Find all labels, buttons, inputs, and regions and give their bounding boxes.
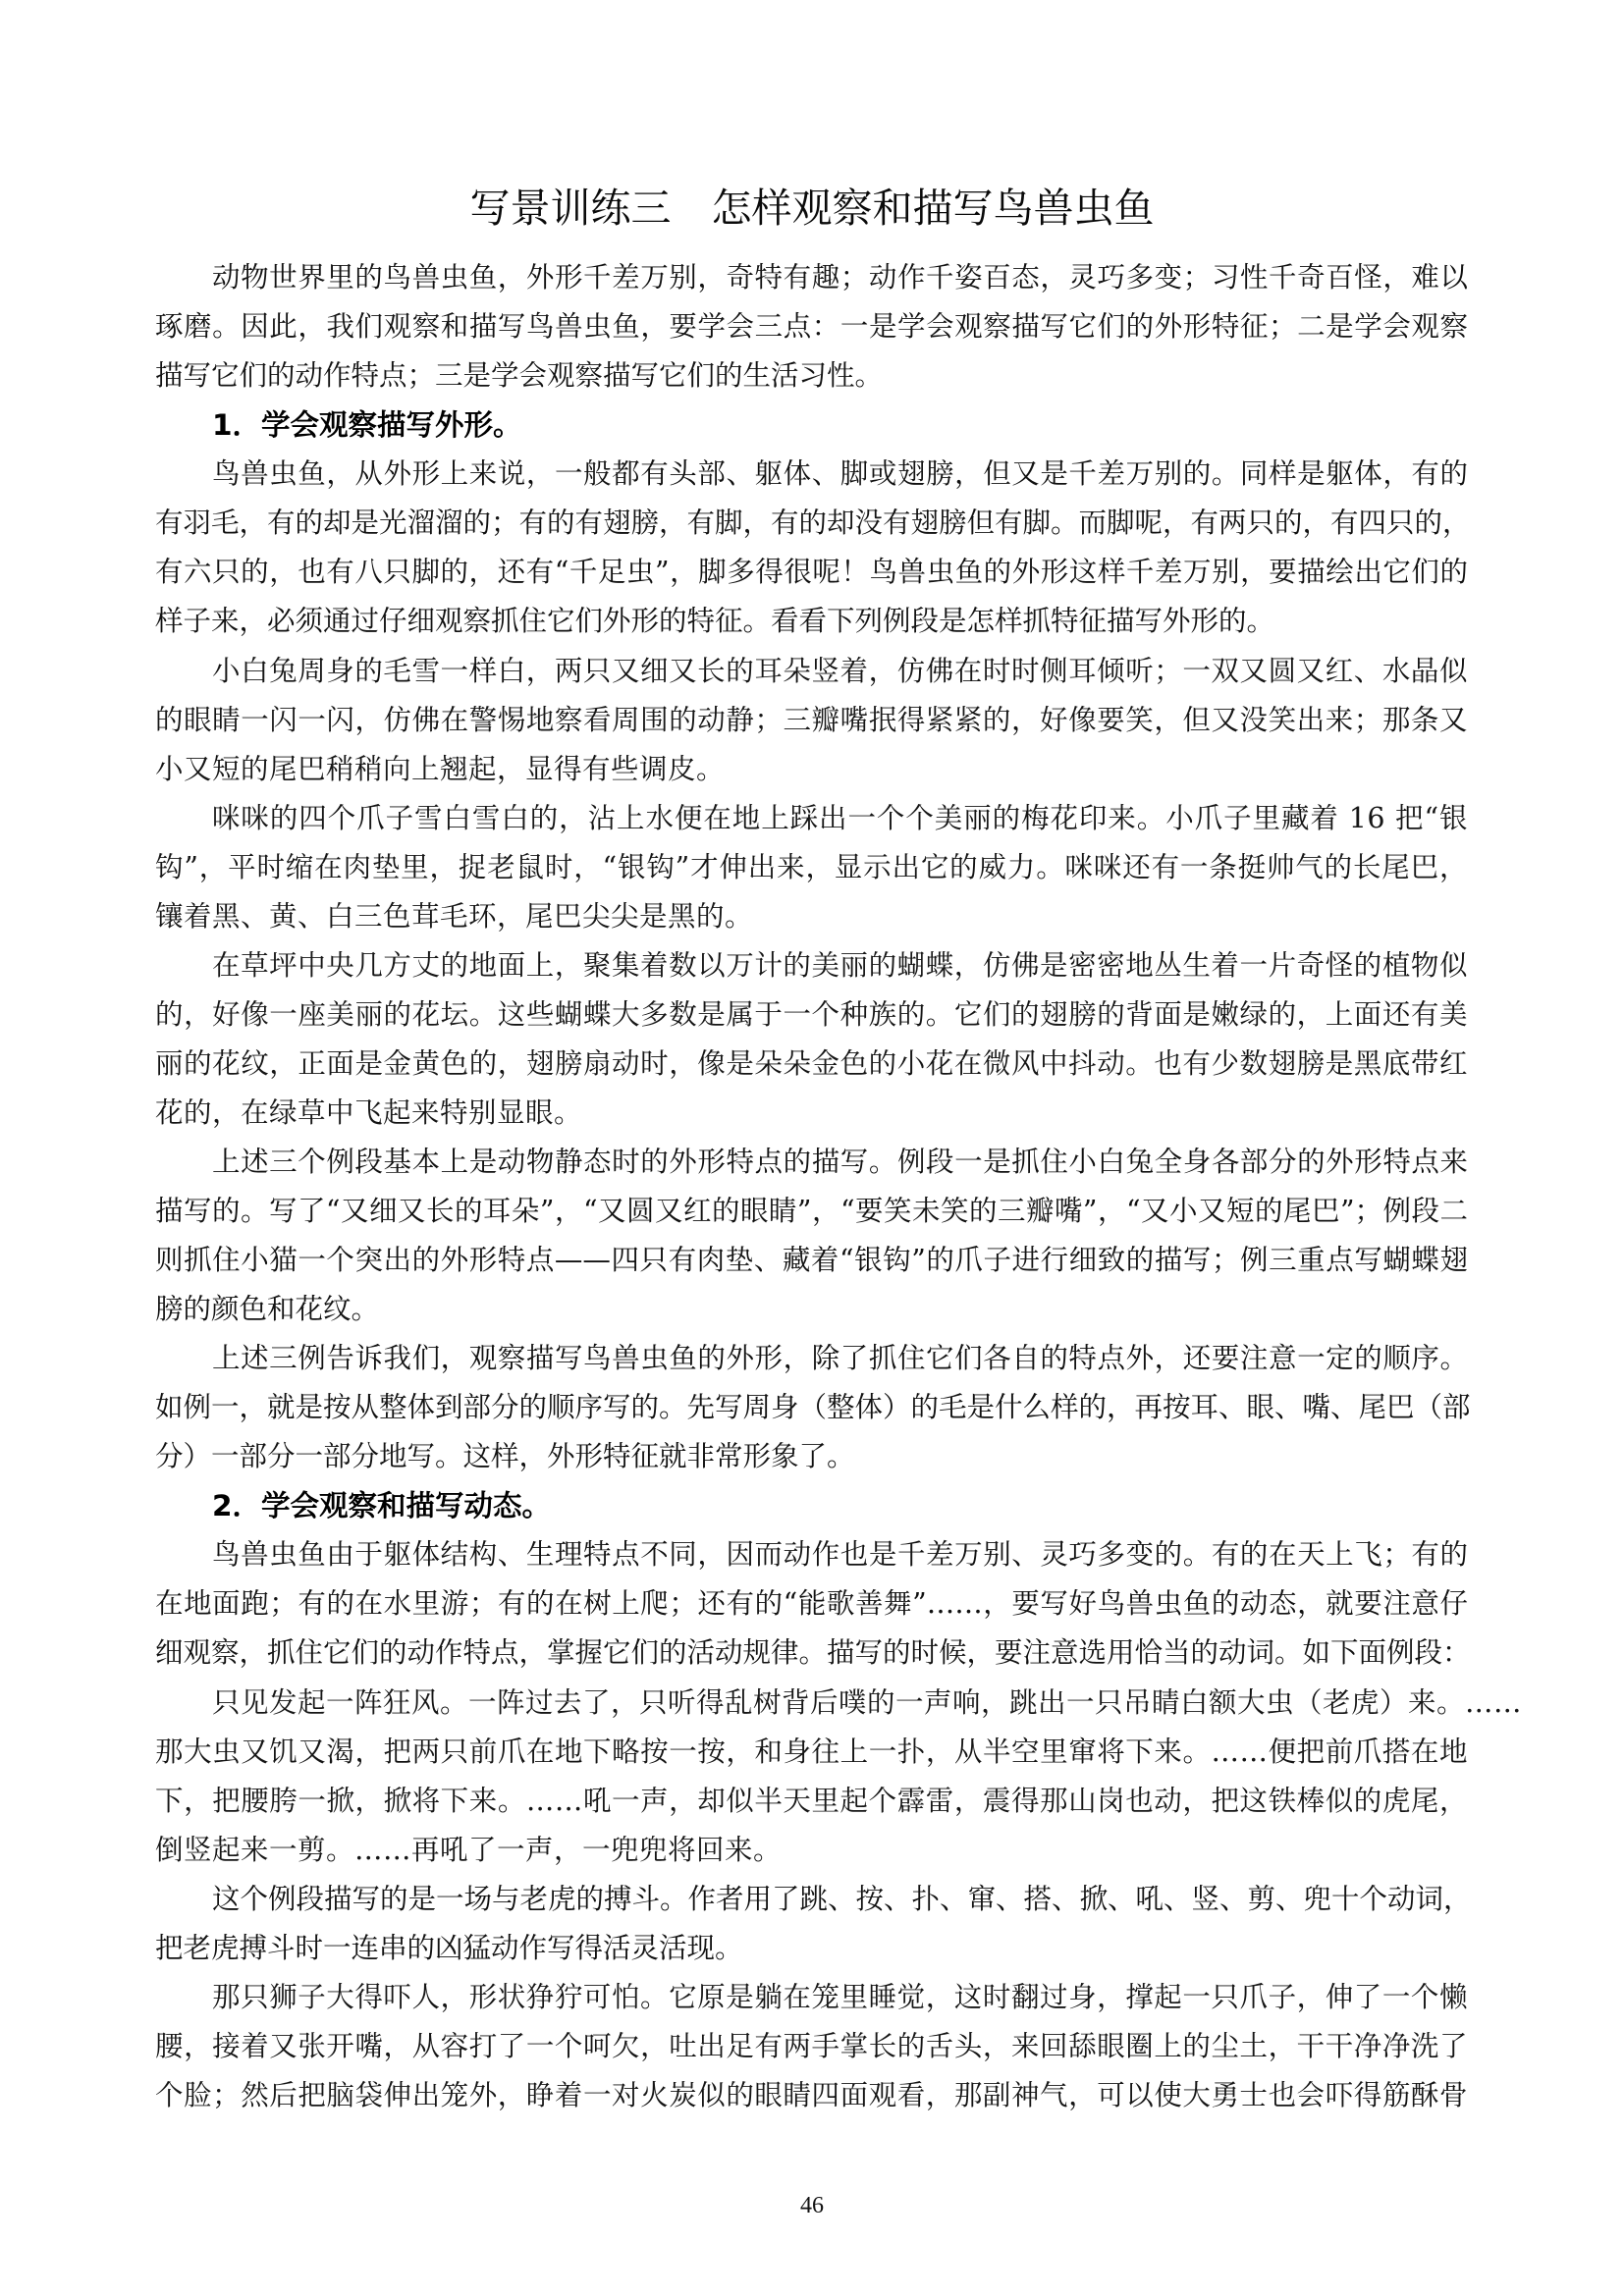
- paragraph-line: 细观察，抓住它们的动作特点，掌握它们的活动规律。描写的时候，要注意选用恰当的动词…: [155, 1633, 1468, 1673]
- paragraph-line: 这个例段描写的是一场与老虎的搏斗。作者用了跳、按、扑、窜、搭、掀、吼、竖、剪、兜…: [212, 1880, 1468, 1919]
- paragraph-line: 鸟兽虫鱼由于躯体结构、生理特点不同，因而动作也是千差万别、灵巧多变的。有的在天上…: [212, 1535, 1468, 1575]
- example-cat-line: 咪咪的四个爪子雪白雪白的，沾上水便在地上踩出一个个美丽的梅花印来。小爪子里藏着 …: [212, 799, 1468, 838]
- example-butterfly-line: 丽的花纹，正面是金黄色的，翅膀扇动时，像是朵朵金色的小花在微风中抖动。也有少数翅…: [155, 1044, 1468, 1084]
- example-tiger-line: 倒竖起来一剪。……再吼了一声，一兜兜将回来。: [155, 1831, 1468, 1870]
- example-butterfly-line: 的，好像一座美丽的花坛。这些蝴蝶大多数是属于一个种族的。它们的翅膀的背面是嫩绿的…: [155, 995, 1468, 1035]
- page-title: 写景训练三 怎样观察和描写鸟兽虫鱼: [0, 183, 1624, 234]
- paragraph-line: 描写的。写了“又细又长的耳朵”，“又圆又红的眼睛”，“要笑未笑的三瓣嘴”，“又小…: [155, 1192, 1468, 1231]
- section-heading-appearance: 1．学会观察描写外形。: [212, 405, 1468, 445]
- paragraph-intro-line: 琢磨。因此，我们观察和描写鸟兽虫鱼，要学会三点：一是学会观察描写它们的外形特征；…: [155, 307, 1468, 347]
- paragraph-intro-line: 描写它们的动作特点；三是学会观察描写它们的生活习性。: [155, 356, 1468, 396]
- example-lion-line: 个脸；然后把脑袋伸出笼外，睁着一对火炭似的眼睛四面观看，那副神气，可以使大勇士也…: [155, 2076, 1468, 2115]
- paragraph-line: 在地面跑；有的在水里游；有的在树上爬；还有的“能歌善舞”……，要写好鸟兽虫鱼的动…: [155, 1584, 1468, 1624]
- example-rabbit-line: 小又短的尾巴稍稍向上翘起，显得有些调皮。: [155, 750, 1468, 789]
- paragraph-line: 上述三例告诉我们，观察描写鸟兽虫鱼的外形，除了抓住它们各自的特点外，还要注意一定…: [212, 1339, 1468, 1378]
- example-tiger-line: 那大虫又饥又渴，把两只前爪在地下略按一按，和身往上一扑，从半空里窜将下来。……便…: [155, 1733, 1468, 1772]
- paragraph-intro-line: 动物世界里的鸟兽虫鱼，外形千差万别，奇特有趣；动作千姿百态，灵巧多变；习性千奇百…: [212, 258, 1468, 297]
- paragraph-line: 有羽毛，有的却是光溜溜的；有的有翅膀，有脚，有的却没有翅膀但有脚。而脚呢，有两只…: [155, 504, 1468, 543]
- paragraph-line: 把老虎搏斗时一连串的凶猛动作写得活灵活现。: [155, 1929, 1468, 1968]
- example-cat-line: 钩”，平时缩在肉垫里，捉老鼠时，“银钩”才伸出来，显示出它的威力。咪咪还有一条挺…: [155, 848, 1468, 887]
- paragraph-line: 鸟兽虫鱼，从外形上来说，一般都有头部、躯体、脚或翅膀，但又是千差万别的。同样是躯…: [212, 454, 1468, 494]
- paragraph-line: 则抓住小猫一个突出的外形特点——四只有肉垫、藏着“银钩”的爪子进行细致的描写；例…: [155, 1241, 1468, 1280]
- example-rabbit-line: 的眼睛一闪一闪，仿佛在警惕地察看周围的动静；三瓣嘴抿得紧紧的，好像要笑，但又没笑…: [155, 701, 1468, 740]
- paragraph-line: 有六只的，也有八只脚的，还有“千足虫”，脚多得很呢！鸟兽虫鱼的外形这样千差万别，…: [155, 553, 1468, 592]
- example-tiger-line: 下，把腰胯一掀，掀将下来。……吼一声，却似半天里起个霹雷，震得那山岗也动，把这铁…: [155, 1782, 1468, 1821]
- example-rabbit-line: 小白兔周身的毛雪一样白，两只又细又长的耳朵竖着，仿佛在时时侧耳倾听；一双又圆又红…: [212, 652, 1468, 691]
- example-butterfly-line: 在草坪中央几方丈的地面上，聚集着数以万计的美丽的蝴蝶，仿佛是密密地丛生着一片奇怪…: [212, 946, 1468, 986]
- example-lion-line: 腰，接着又张开嘴，从容打了一个呵欠，吐出足有两手掌长的舌头，来回舔眼圈上的尘土，…: [155, 2027, 1468, 2066]
- paragraph-line: 如例一，就是按从整体到部分的顺序写的。先写周身（整体）的毛是什么样的，再按耳、眼…: [155, 1388, 1468, 1427]
- example-lion-line: 那只狮子大得吓人，形状狰狞可怕。它原是躺在笼里睡觉，这时翻过身，撑起一只爪子，伸…: [212, 1978, 1468, 2017]
- example-cat-line: 镶着黑、黄、白三色茸毛环，尾巴尖尖是黑的。: [155, 897, 1468, 936]
- paragraph-line: 分）一部分一部分地写。这样，外形特征就非常形象了。: [155, 1437, 1468, 1476]
- page-number: 46: [0, 2189, 1624, 2222]
- example-butterfly-line: 花的，在绿草中飞起来特别显眼。: [155, 1094, 1468, 1133]
- document-page: 写景训练三 怎样观察和描写鸟兽虫鱼 动物世界里的鸟兽虫鱼，外形千差万别，奇特有趣…: [0, 0, 1624, 2296]
- paragraph-line: 膀的颜色和花纹。: [155, 1290, 1468, 1329]
- paragraph-line: 上述三个例段基本上是动物静态时的外形特点的描写。例段一是抓住小白兔全身各部分的外…: [212, 1143, 1468, 1182]
- paragraph-line: 样子来，必须通过仔细观察抓住它们外形的特征。看看下列例段是怎样抓特征描写外形的。: [155, 602, 1468, 641]
- example-tiger-line: 只见发起一阵狂风。一阵过去了，只听得乱树背后噗的一声响，跳出一只吊睛白额大虫（老…: [212, 1683, 1468, 1723]
- section-heading-motion: 2．学会观察和描写动态。: [212, 1486, 1468, 1525]
